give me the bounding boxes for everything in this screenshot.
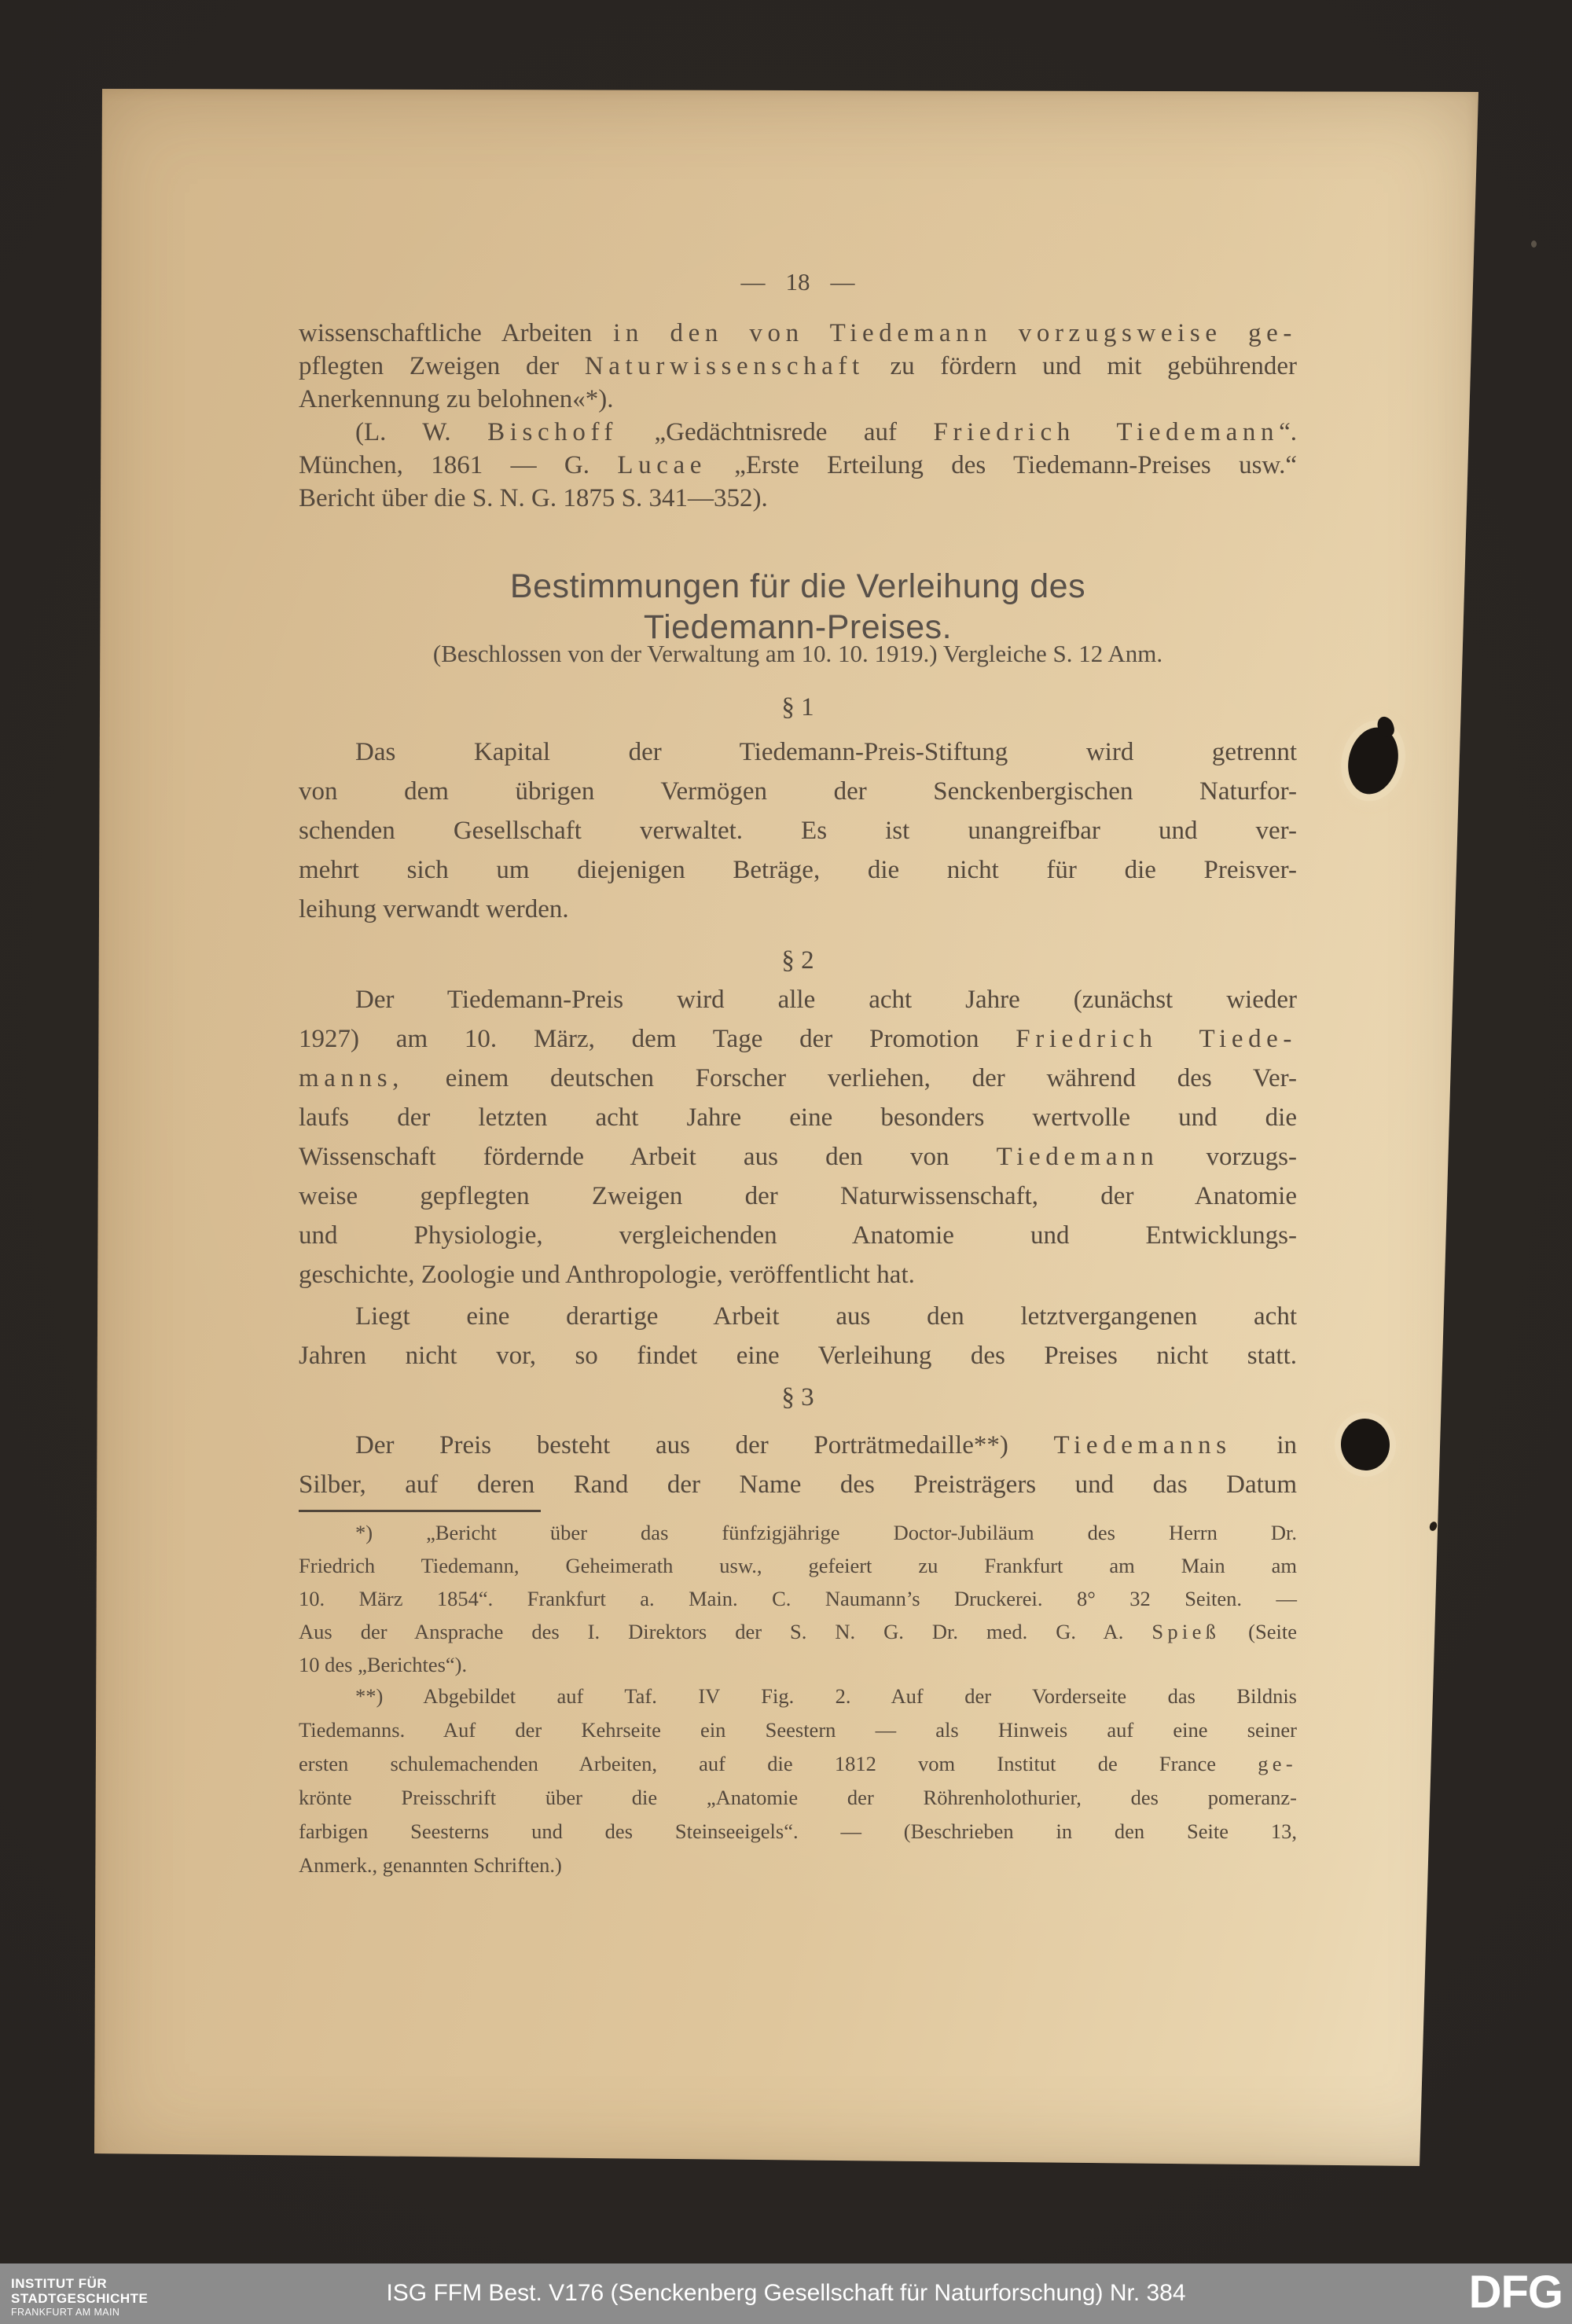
text-line: Friedrich Tiedemann, Geheimerath usw., g… bbox=[299, 1549, 1297, 1582]
scan-viewer-canvas: —18— wissenschaftliche Arbeiten in den v… bbox=[0, 0, 1572, 2324]
text-line: Wissenschaft fördernde Arbeit aus den vo… bbox=[299, 1137, 1297, 1177]
text-line: 10. März 1854“. Frankfurt a. Main. C. Na… bbox=[299, 1582, 1297, 1615]
footnote-1: *) „Bericht über das fünfzigjährige Doct… bbox=[299, 1516, 1297, 1681]
text-line: und Physiologie, vergleichenden Anatomie… bbox=[299, 1216, 1297, 1255]
paragraph-label-3: § 3 bbox=[299, 1382, 1297, 1412]
punch-hole-bottom bbox=[1339, 1416, 1393, 1473]
text-line: Das Kapital der Tiedemann-Preis-Stiftung… bbox=[299, 732, 1297, 772]
text-line: München, 1861 — G. Lucae „Erste Erteilun… bbox=[299, 449, 1297, 482]
page-number-dash-right: — bbox=[831, 268, 855, 296]
paragraph-label-2: § 2 bbox=[299, 945, 1297, 975]
text-line: Liegt eine derartige Arbeit aus den letz… bbox=[299, 1297, 1297, 1336]
text-line: Anmerk., genannten Schriften.) bbox=[299, 1849, 1297, 1882]
text-line: schenden Gesellschaft verwaltet. Es ist … bbox=[299, 811, 1297, 850]
page-content: —18— wissenschaftliche Arbeiten in den v… bbox=[0, 0, 1572, 2324]
text-line: 10 des „Berichtes“). bbox=[299, 1648, 1297, 1681]
text-line: krönte Preisschrift über die „Anatomie d… bbox=[299, 1781, 1297, 1815]
paragraph-label-1: § 1 bbox=[299, 692, 1297, 722]
ink-speck bbox=[1428, 1521, 1438, 1532]
section-1-paragraph: Das Kapital der Tiedemann-Preis-Stiftung… bbox=[299, 732, 1297, 929]
dfg-logo: DFG bbox=[1469, 2268, 1563, 2317]
page-number: —18— bbox=[299, 267, 1297, 297]
page-number-dash-left: — bbox=[741, 268, 766, 296]
text-line: (L. W. Bischoff „Gedächtnisrede auf Frie… bbox=[299, 416, 1297, 449]
text-line: Aus der Ansprache des I. Direktors der S… bbox=[299, 1615, 1297, 1648]
text-line: Jahren nicht vor, so findet eine Verleih… bbox=[299, 1336, 1297, 1375]
heading-line-1: Bestimmungen für die Verleihung des bbox=[299, 566, 1297, 607]
footnote-separator-rule bbox=[299, 1510, 541, 1512]
text-line: farbigen Seesterns und des Steinseeigels… bbox=[299, 1815, 1297, 1849]
footnote-2: **) Abgebildet auf Taf. IV Fig. 2. Auf d… bbox=[299, 1680, 1297, 1882]
text-line: geschichte, Zoologie und Anthropologie, … bbox=[299, 1255, 1297, 1294]
dust-speck bbox=[1531, 240, 1537, 248]
section-2-paragraph-2: Liegt eine derartige Arbeit aus den letz… bbox=[299, 1297, 1297, 1375]
text-line: **) Abgebildet auf Taf. IV Fig. 2. Auf d… bbox=[299, 1680, 1297, 1713]
text-line: ersten schulemachenden Arbeiten, auf die… bbox=[299, 1747, 1297, 1781]
text-line: Der Tiedemann-Preis wird alle acht Jahre… bbox=[299, 980, 1297, 1019]
text-line: Anerkennung zu belohnen«*). bbox=[299, 383, 1297, 416]
punch-hole-top bbox=[1342, 722, 1405, 799]
text-line: pflegten Zweigen der Naturwissenschaft z… bbox=[299, 350, 1297, 383]
text-line: mehrt sich um diejenigen Beträge, die ni… bbox=[299, 850, 1297, 890]
section-2-paragraph-1: Der Tiedemann-Preis wird alle acht Jahre… bbox=[299, 980, 1297, 1294]
text-line: 1927) am 10. März, dem Tage der Promotio… bbox=[299, 1019, 1297, 1059]
text-line: Der Preis besteht aus der Porträtmedaill… bbox=[299, 1426, 1297, 1465]
text-line: Silber, auf deren Rand der Name des Prei… bbox=[299, 1465, 1297, 1504]
citation-paragraph: (L. W. Bischoff „Gedächtnisrede auf Frie… bbox=[299, 416, 1297, 515]
section-3-paragraph: Der Preis besteht aus der Porträtmedaill… bbox=[299, 1426, 1297, 1504]
text-line: von dem übrigen Vermögen der Senckenberg… bbox=[299, 772, 1297, 811]
section-heading: Bestimmungen für die Verleihung des Tied… bbox=[299, 566, 1297, 648]
viewer-footer-bar: INSTITUT FÜR STADTGESCHICHTE FRANKFURT A… bbox=[0, 2263, 1572, 2324]
page-number-value: 18 bbox=[786, 268, 810, 296]
text-line: Bericht über die S. N. G. 1875 S. 341—35… bbox=[299, 482, 1297, 515]
text-line: laufs der letzten acht Jahre eine besond… bbox=[299, 1098, 1297, 1137]
heading-note: (Beschlossen von der Verwaltung am 10. 1… bbox=[299, 639, 1297, 669]
text-line: *) „Bericht über das fünfzigjährige Doct… bbox=[299, 1516, 1297, 1549]
text-line: leihung verwandt werden. bbox=[299, 890, 1297, 929]
text-line: manns, einem deutschen Forscher verliehe… bbox=[299, 1059, 1297, 1098]
text-line: wissenschaftliche Arbeiten in den von Ti… bbox=[299, 317, 1297, 350]
archive-reference: ISG FFM Best. V176 (Senckenberg Gesellsc… bbox=[0, 2279, 1572, 2307]
intro-paragraph: wissenschaftliche Arbeiten in den von Ti… bbox=[299, 317, 1297, 416]
text-line: Tiedemanns. Auf der Kehrseite ein Seeste… bbox=[299, 1713, 1297, 1747]
institute-city: FRANKFURT AM MAIN bbox=[11, 2306, 148, 2318]
text-line: weise gepflegten Zweigen der Naturwissen… bbox=[299, 1177, 1297, 1216]
